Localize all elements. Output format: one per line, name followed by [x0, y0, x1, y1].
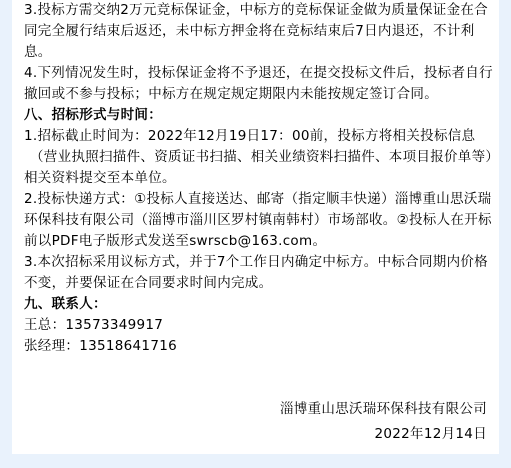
- document-page: 3.投标方需交纳2万元竞标保证金，中标方的竞标保证金做为质量保证金在合同完全履行…: [12, 0, 499, 454]
- signature-date: 2022年12月14日: [12, 422, 487, 447]
- section-heading: 八、招标形式与时间：: [24, 105, 492, 126]
- document-line: 不变，并要保证在合同要求时间内完成。: [24, 273, 492, 294]
- document-line: 息。: [24, 42, 492, 63]
- document-line: 环保科技有限公司（淄博市淄川区罗村镇南韩村）市场部收。②投标人在开标: [24, 210, 492, 231]
- document-viewport: 3.投标方需交纳2万元竞标保证金，中标方的竞标保证金做为质量保证金在合同完全履行…: [0, 0, 511, 468]
- document-line: （营业执照扫描件、资质证书扫描、相关业绩资料扫描件、本项目报价单等）: [24, 147, 492, 168]
- document-line: 相关资料提交至本单位。: [24, 168, 492, 189]
- document-line: 3.投标方需交纳2万元竞标保证金，中标方的竞标保证金做为质量保证金在合: [24, 0, 492, 21]
- section-heading: 九、联系人：: [24, 294, 492, 315]
- document-line: 撤回或不参与投标；中标方在规定规定期限内未能按规定签订合同。: [24, 84, 492, 105]
- document-line: 同完全履行结束后返还，未中标方押金将在竞标结束后7日内退还，不计利: [24, 21, 492, 42]
- document-body: 3.投标方需交纳2万元竞标保证金，中标方的竞标保证金做为质量保证金在合同完全履行…: [12, 0, 499, 357]
- signature-block: 淄博重山思沃瑞环保科技有限公司 2022年12月14日: [12, 397, 499, 447]
- document-line: 王总：13573349917: [24, 315, 492, 336]
- signature-company: 淄博重山思沃瑞环保科技有限公司: [12, 397, 487, 422]
- document-line: 3.本次招标采用议标方式，并于7个工作日内确定中标方。中标合同期内价格: [24, 252, 492, 273]
- document-line: 2.投标快递方式：①投标人直接送达、邮寄（指定顺丰快递）淄博重山思沃瑞: [24, 189, 492, 210]
- document-line: 4.下列情况发生时，投标保证金将不予退还，在提交投标文件后，投标者自行: [24, 63, 492, 84]
- document-line: 1.招标截止时间为：2022年12月19日17：00前，投标方将相关投标信息: [24, 126, 492, 147]
- document-line: 前以PDF电子版形式发送至swrscb@163.com。: [24, 231, 492, 252]
- document-line: 张经理：13518641716: [24, 336, 492, 357]
